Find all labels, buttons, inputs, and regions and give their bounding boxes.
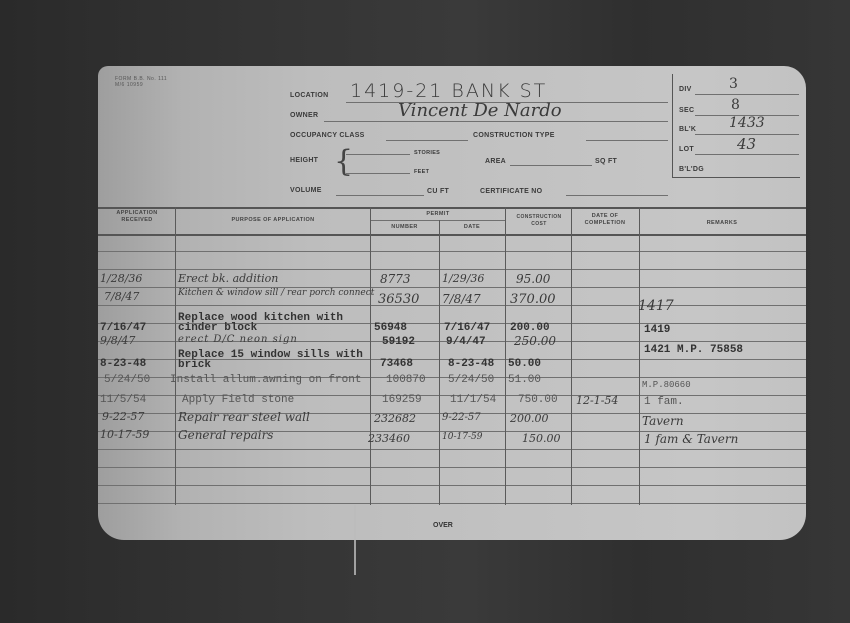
row-0-received: 1/28/36 — [100, 272, 142, 285]
row-8-received: 10-17-59 — [100, 428, 149, 441]
block-value: 1433 — [729, 115, 765, 131]
block-label: BL'K — [679, 126, 696, 133]
row-6-remarks: 1 fam. — [644, 396, 684, 408]
row-1-remarks: 1417 — [638, 298, 674, 314]
row-7-cost: 200.00 — [510, 412, 549, 425]
row-2-cost: 200.00 — [510, 322, 550, 334]
location-label: LOCATION — [290, 92, 328, 99]
row-5-cost: 51.00 — [508, 374, 541, 386]
sec-value: 8 — [731, 97, 740, 113]
row-3-remarks: 1421 M.P. 75858 — [644, 344, 743, 356]
row-1-received: 7/8/47 — [104, 290, 139, 303]
div-label: DIV — [679, 86, 692, 93]
building-permit-card: FORM B.B. No. 111 M/6 10959 LOCATION 141… — [98, 66, 806, 540]
row-6-date: 11/1/54 — [450, 394, 496, 406]
row-1-cost: 370.00 — [510, 292, 556, 307]
volume-label: VOLUME — [290, 187, 322, 194]
row-7-received: 9-22-57 — [102, 410, 144, 423]
row-5-purpose: Install allum.awning on front — [170, 374, 361, 386]
col-header-construction-cost: CONSTRUCTION COST — [508, 214, 570, 228]
col-header-permit-date: DATE — [439, 224, 505, 231]
row-7-remarks: Tavern — [642, 414, 684, 428]
owner-value: Vincent De Nardo — [398, 100, 562, 121]
col-header-remarks: REMARKS — [640, 220, 804, 227]
row-4-purpose: Replace 15 window sills with brick — [178, 350, 372, 370]
row-0-date: 1/29/36 — [442, 272, 484, 285]
certificate-no-label: CERTIFICATE NO — [480, 188, 542, 195]
row-6-purpose: Apply Field stone — [182, 394, 294, 406]
row-2-number: 56948 — [374, 322, 407, 334]
form-number-line-2: M/6 10959 — [115, 82, 167, 88]
row-2-purpose: Replace wood kitchen with cinder block — [178, 313, 372, 333]
row-6-completion: 12-1-54 — [576, 394, 618, 407]
row-4-received: 8-23-48 — [100, 358, 146, 370]
row-2-date: 7/16/47 — [444, 322, 490, 334]
row-8-date: 10-17-59 — [442, 432, 482, 442]
row-8-number: 233460 — [368, 432, 410, 445]
row-1-number: 36530 — [378, 292, 419, 307]
row-1-date: 7/8/47 — [442, 292, 481, 306]
row-5-remarks: M.P.80660 — [642, 380, 691, 390]
area-label: AREA — [485, 158, 506, 165]
col-header-date-of-completion: DATE OF COMPLETION — [572, 213, 638, 227]
row-3-purpose: erect D/C neon sign — [178, 334, 298, 345]
row-4-date: 8-23-48 — [448, 358, 494, 370]
row-7-purpose: Repair rear steel wall — [178, 410, 310, 424]
row-5-received: 5/24/50 — [104, 374, 150, 386]
row-8-purpose: General repairs — [178, 428, 273, 442]
form-number: FORM B.B. No. 111 M/6 10959 — [115, 76, 167, 88]
sq-ft-label: SQ FT — [595, 158, 617, 165]
col-header-permit: PERMIT — [370, 211, 506, 218]
cu-ft-label: CU FT — [427, 188, 449, 195]
row-8-remarks: 1 fam & Tavern — [644, 432, 738, 446]
row-6-received: 11/5/54 — [100, 394, 146, 406]
row-7-date: 9-22-57 — [442, 412, 481, 423]
row-4-number: 73468 — [380, 358, 413, 370]
row-6-cost: 750.00 — [518, 394, 558, 406]
row-3-number: 59192 — [382, 336, 415, 348]
col-header-permit-number: NUMBER — [370, 224, 439, 231]
row-7-number: 232682 — [374, 412, 416, 425]
owner-label: OWNER — [290, 112, 318, 119]
row-5-number: 100870 — [386, 374, 426, 386]
occupancy-class-label: OCCUPANCY CLASS — [290, 132, 365, 139]
over-label: OVER — [433, 522, 453, 529]
row-6-number: 169259 — [382, 394, 422, 406]
row-2-remarks: 1419 — [644, 324, 670, 336]
location-value: 1419-21 BANK ST — [350, 80, 547, 102]
lot-value: 43 — [737, 135, 756, 153]
row-0-cost: 95.00 — [516, 272, 550, 286]
row-5-date: 5/24/50 — [448, 374, 494, 386]
col-header-purpose: PURPOSE OF APPLICATION — [176, 217, 370, 224]
tape-mark — [354, 505, 356, 575]
row-3-cost: 250.00 — [514, 334, 556, 348]
sec-label: SEC — [679, 107, 694, 114]
row-2-received: 7/16/47 — [100, 322, 146, 334]
row-3-date: 9/4/47 — [446, 336, 486, 348]
row-1-purpose: Kitchen & window sill / rear porch conne… — [178, 288, 374, 298]
stories-label: STORIES — [414, 150, 440, 156]
row-8-cost: 150.00 — [522, 432, 561, 445]
lot-label: LOT — [679, 146, 694, 153]
parcel-box: DIV 3 SEC 8 BL'K 1433 LOT 43 B'L'DG — [672, 74, 800, 178]
row-3-received: 9/8/47 — [100, 334, 135, 347]
col-header-application-received: APPLICATION RECEIVED — [100, 210, 174, 224]
construction-type-label: CONSTRUCTION TYPE — [473, 132, 555, 139]
height-label: HEIGHT — [290, 157, 318, 164]
div-value: 3 — [729, 76, 738, 92]
feet-label: FEET — [414, 169, 429, 175]
building-label: B'L'DG — [679, 166, 704, 173]
row-4-cost: 50.00 — [508, 358, 541, 370]
row-0-purpose: Erect bk. addition — [178, 272, 278, 285]
row-0-number: 8773 — [380, 272, 411, 286]
